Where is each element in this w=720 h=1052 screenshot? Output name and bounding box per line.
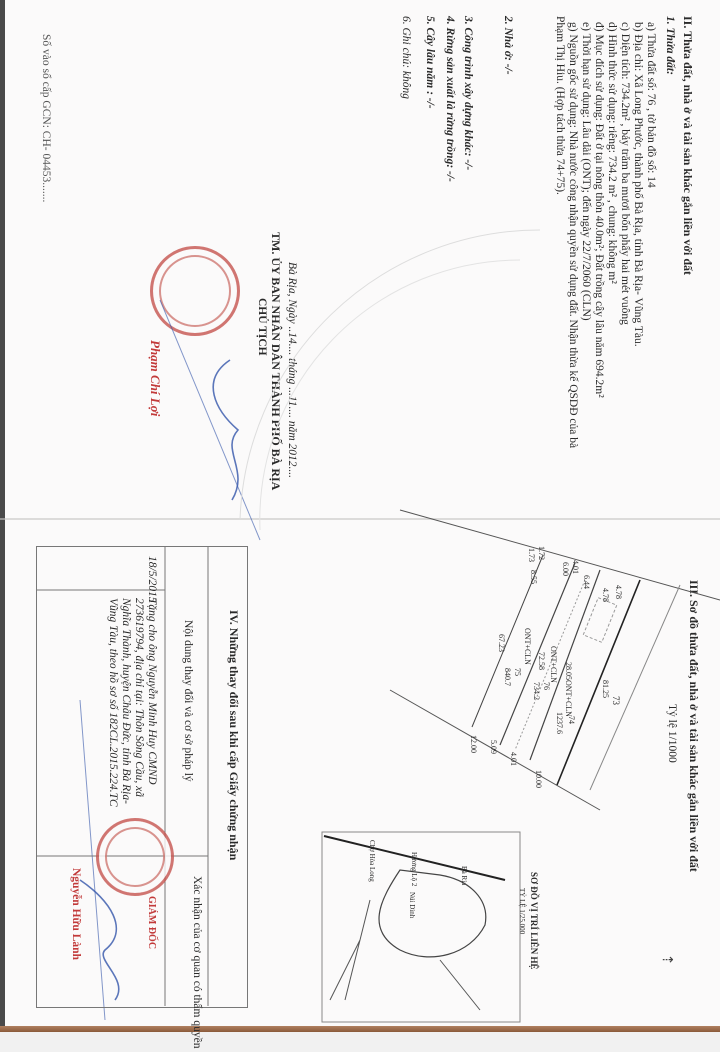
office-seal-stamp — [96, 818, 174, 896]
change-content-line-3: Nghĩa Thành, huyện Châu Đức, tỉnh Bà Rịa… — [119, 598, 132, 804]
change-date: 18/5/2015 — [145, 556, 158, 603]
section-iv-title: IV. Những thay đổi sau khi cấp Giấy chứn… — [227, 610, 240, 860]
north-arrow-icon: ⇢ — [662, 952, 674, 969]
change-content-line-2: 273619794, địa chỉ tại: Thôn Sông Cầu, x… — [132, 598, 145, 797]
director-title: GIÁM ĐỐC — [145, 896, 158, 949]
background-strip — [0, 1032, 720, 1052]
director-name: Nguyễn Hữu Lành — [69, 868, 82, 960]
col-header-content: Nội dung thay đổi và cơ sở pháp lý — [181, 620, 194, 782]
col-header-confirm: Xác nhận của cơ quan có thẩm quyền — [190, 876, 203, 1048]
change-content-line-4: Vũng Tàu, theo hồ sơ số 182CL.2015.224.T… — [106, 598, 119, 807]
change-content-line-1: Tặng cho ông Nguyễn Minh Huy CMND — [145, 598, 158, 785]
